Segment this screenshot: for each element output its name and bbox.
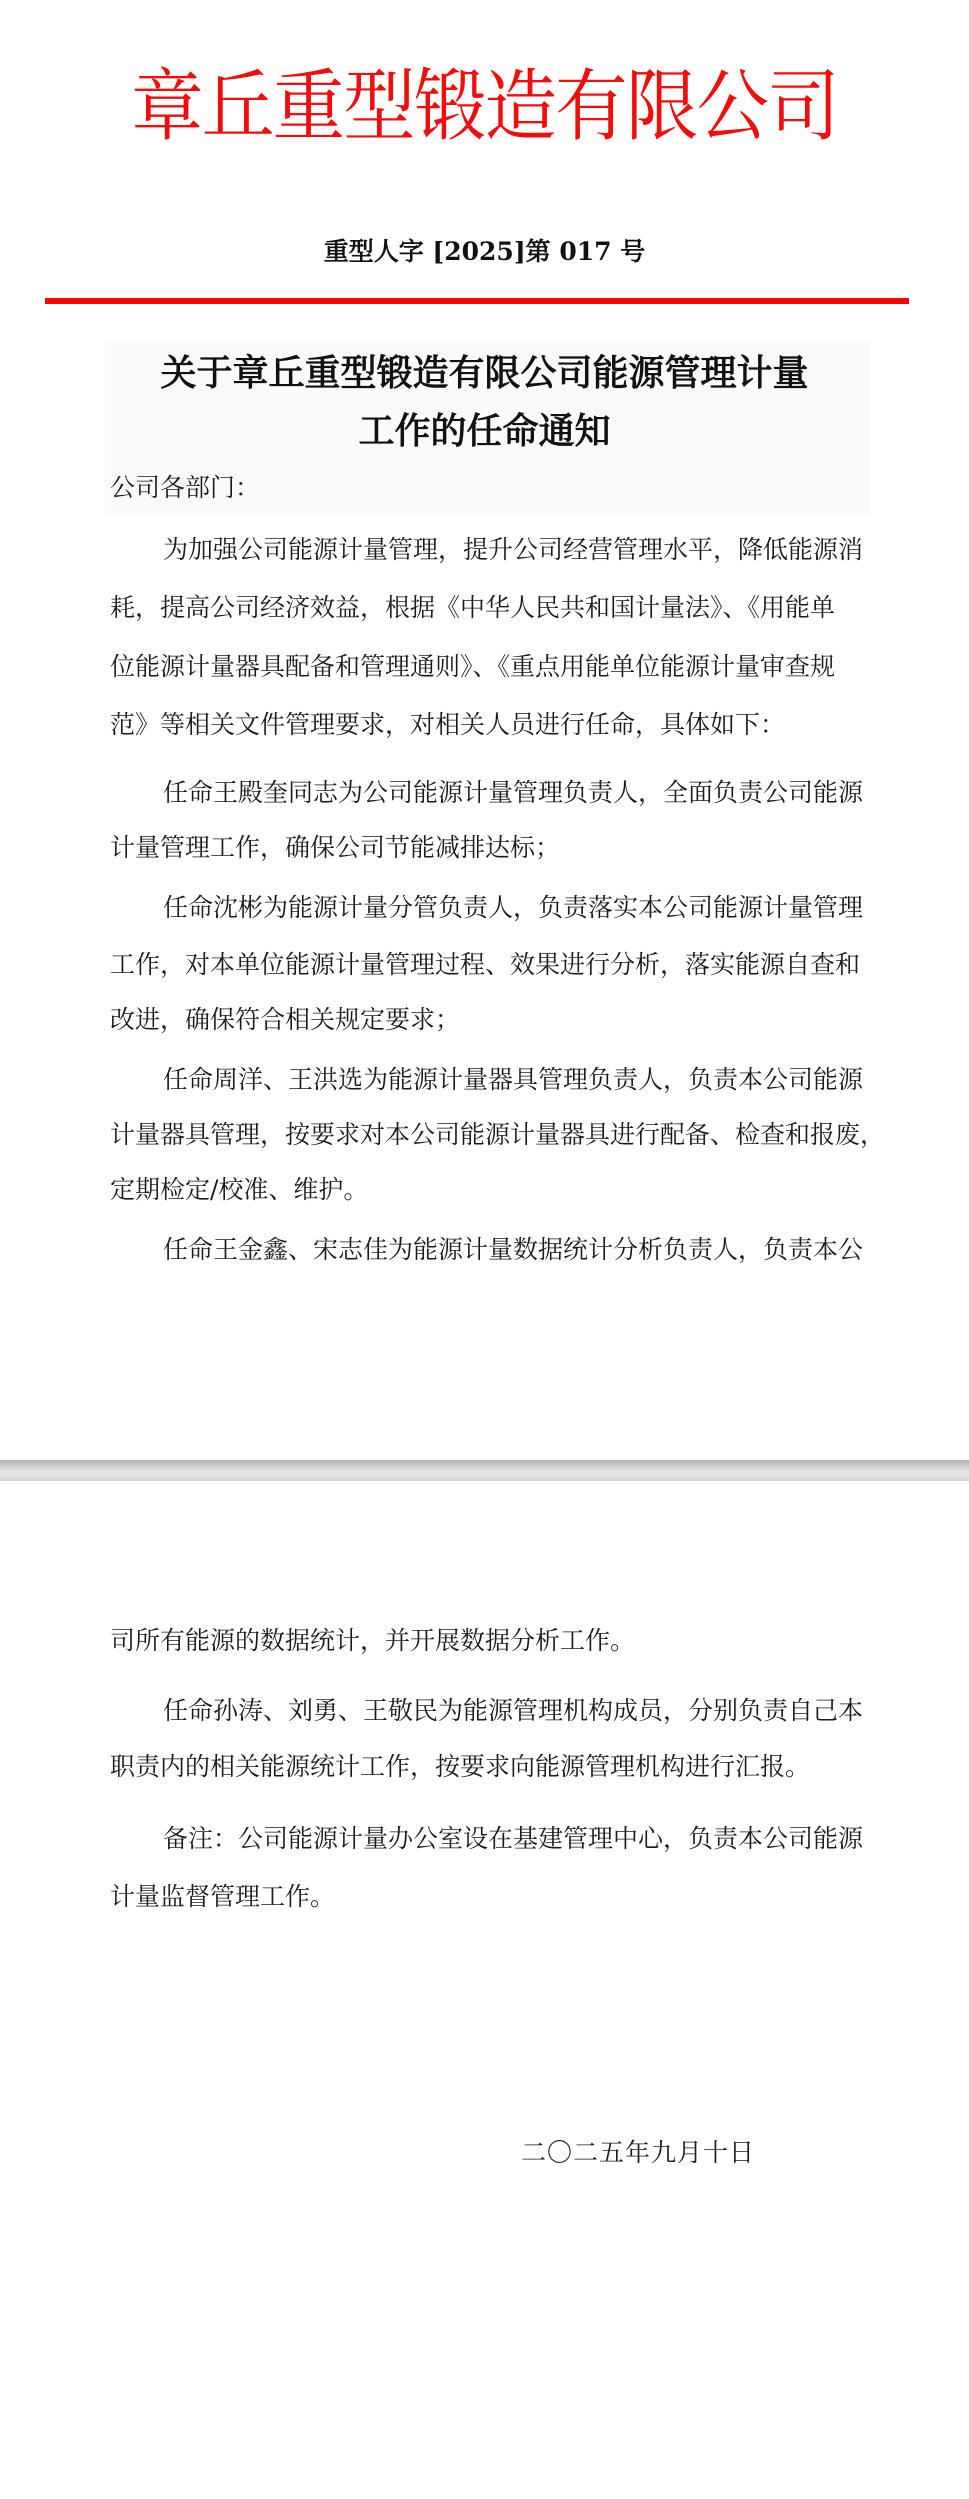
document-number: 重型人字 [2025]第 017 号 [0,234,969,270]
paragraph-appointment-4-line: 任命王金鑫、宋志佳为能源计量数据统计分析负责人，负责本公 [163,1233,863,1267]
paragraph-appointment-4-line: 司所有能源的数据统计，并开展数据分析工作。 [110,1624,635,1658]
paragraph-appointment-5-line: 职责内的相关能源统计工作，按要求向能源管理机构进行汇报。 [110,1750,810,1784]
paragraph-remark-line: 备注：公司能源计量办公室设在基建管理中心，负责本公司能源 [163,1822,863,1856]
issue-date: 二〇二五年九月十日 [521,2136,755,2170]
paragraph-appointment-1-line: 任命王殿奎同志为公司能源计量管理负责人，全面负责公司能源 [163,776,863,810]
paragraph-appointment-3-line: 任命周洋、王洪选为能源计量器具管理负责人，负责本公司能源 [163,1063,863,1097]
paragraph-appointment-2-line: 工作，对本单位能源计量管理过程、效果进行分析，落实能源自查和 [110,948,860,982]
paragraph-remark-line: 计量监督管理工作。 [110,1880,335,1914]
notice-title-line-2: 工作的任命通知 [0,406,969,456]
company-letterhead: 章丘重型锻造有限公司 [34,52,935,162]
paragraph-intro-line: 位能源计量器具配备和管理通则》、《重点用能单位能源计量审查规 [110,650,835,684]
notice-title-line-1: 关于章丘重型锻造有限公司能源管理计量 [0,348,969,398]
red-header-rule [45,298,909,304]
page-break-separator [0,1460,969,1481]
paragraph-appointment-1-line: 计量管理工作，确保公司节能减排达标； [110,831,560,865]
paragraph-intro-line: 范》等相关文件管理要求，对相关人员进行任命，具体如下： [110,708,785,742]
paragraph-appointment-2-line: 改进，确保符合相关规定要求； [110,1003,460,1037]
paragraph-appointment-5-line: 任命孙涛、刘勇、王敬民为能源管理机构成员，分别负责自己本 [163,1694,863,1728]
paragraph-appointment-3-line: 计量器具管理，按要求对本公司能源计量器具进行配备、检查和报废， [110,1118,885,1152]
paragraph-intro-line: 耗，提高公司经济效益，根据《中华人民共和国计量法》、《用能单 [110,591,835,625]
paragraph-appointment-2-line: 任命沈彬为能源计量分管负责人，负责落实本公司能源计量管理 [163,891,863,925]
paragraph-intro-line: 为加强公司能源计量管理，提升公司经营管理水平，降低能源消 [163,533,863,567]
paragraph-appointment-3-line: 定期检定/校准、维护。 [110,1173,368,1207]
salutation: 公司各部门： [110,471,260,505]
